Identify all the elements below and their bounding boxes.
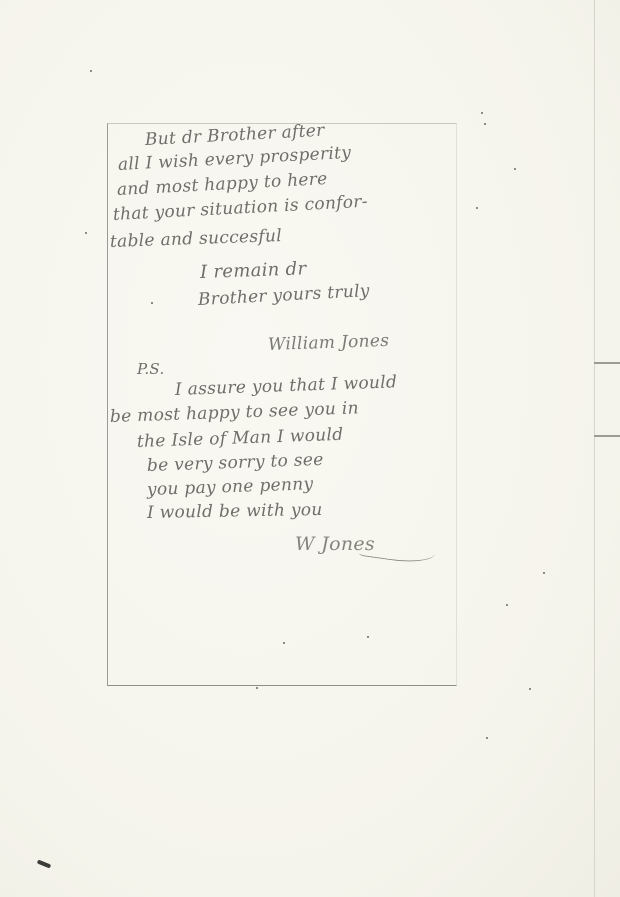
paper-speck	[481, 112, 483, 114]
paper-speck	[486, 737, 488, 739]
paper-speck	[506, 604, 508, 606]
paper-speck	[256, 687, 258, 689]
signature: William Jones	[268, 331, 390, 355]
paper-speck	[85, 232, 87, 234]
paper-speck	[529, 688, 531, 690]
paper-speck	[367, 636, 369, 638]
paper-speck	[283, 642, 285, 644]
paper-speck	[90, 70, 92, 72]
postscript-label: P.S.	[137, 360, 165, 378]
paper-speck	[484, 123, 486, 125]
closing-line-1: I remain dr	[200, 258, 307, 283]
edge-tick-lower	[594, 435, 620, 437]
paper-speck	[476, 207, 478, 209]
paper-speck	[543, 572, 545, 574]
scanned-page: But dr Brother after all I wish every pr…	[0, 0, 620, 897]
paper-speck	[514, 168, 516, 170]
right-page-edge-rule	[594, 0, 595, 897]
paper-speck	[151, 302, 153, 304]
postscript-line-6: I would be with you	[147, 500, 323, 523]
ink-mark	[37, 860, 51, 869]
edge-tick-upper	[594, 362, 620, 364]
